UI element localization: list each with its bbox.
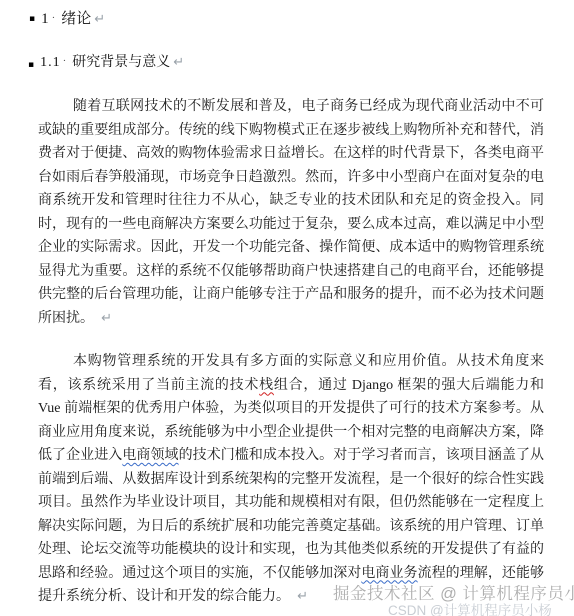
paragraph: 本购物管理系统的开发具有多方面的实际意义和应用价值。从技术角度来看，该系统采用了…	[38, 350, 544, 609]
outline-bullet-icon: ▪	[29, 9, 35, 29]
heading-1-number: 1	[41, 11, 50, 27]
paragraphs: 随着互联网技术的不断发展和普及，电子商务已经成为现代商业活动中不可或缺的重要组成…	[0, 95, 574, 609]
paragraph-mark-icon: ↵	[290, 589, 308, 604]
paragraph-mark-icon: ↵	[94, 311, 112, 326]
heading-2-title: 研究背景与意义	[72, 55, 170, 70]
watermark-csdn: CSDN @计算机程序员小杨	[388, 599, 552, 616]
spell-check-underlined-text: 栈	[259, 378, 274, 393]
document-page[interactable]: ▪1·绪论↵ ▪1.1·研究背景与意义↵ 随着互联网技术的不断发展和普及，电子商…	[0, 0, 574, 616]
outline-bullet-icon: ▪	[28, 56, 34, 75]
paragraph: 随着互联网技术的不断发展和普及，电子商务已经成为现代商业活动中不可或缺的重要组成…	[38, 95, 544, 330]
heading-1-title: 绪论	[61, 11, 91, 27]
heading-1: ▪1·绪论↵	[29, 9, 544, 31]
heading-2-number: 1.1	[40, 55, 61, 70]
style-separator-mark: ·	[63, 52, 67, 71]
style-separator-mark: ·	[52, 8, 56, 28]
grammar-check-underlined-text: 电商领域	[122, 448, 178, 463]
text-run: 的技术门槛和成本投入。对于学习者而言，该项目涵盖了从前端到后端、从数据库设计到系…	[38, 448, 544, 581]
paragraph-mark-icon: ↵	[170, 55, 184, 70]
grammar-check-underlined-text: 电商业务	[361, 566, 417, 581]
text-run: 随着互联网技术的不断发展和普及，电子商务已经成为现代商业活动中不可或缺的重要组成…	[38, 99, 544, 326]
heading-2: ▪1.1·研究背景与意义↵	[28, 53, 544, 74]
paragraph-mark-icon: ↵	[91, 12, 105, 27]
